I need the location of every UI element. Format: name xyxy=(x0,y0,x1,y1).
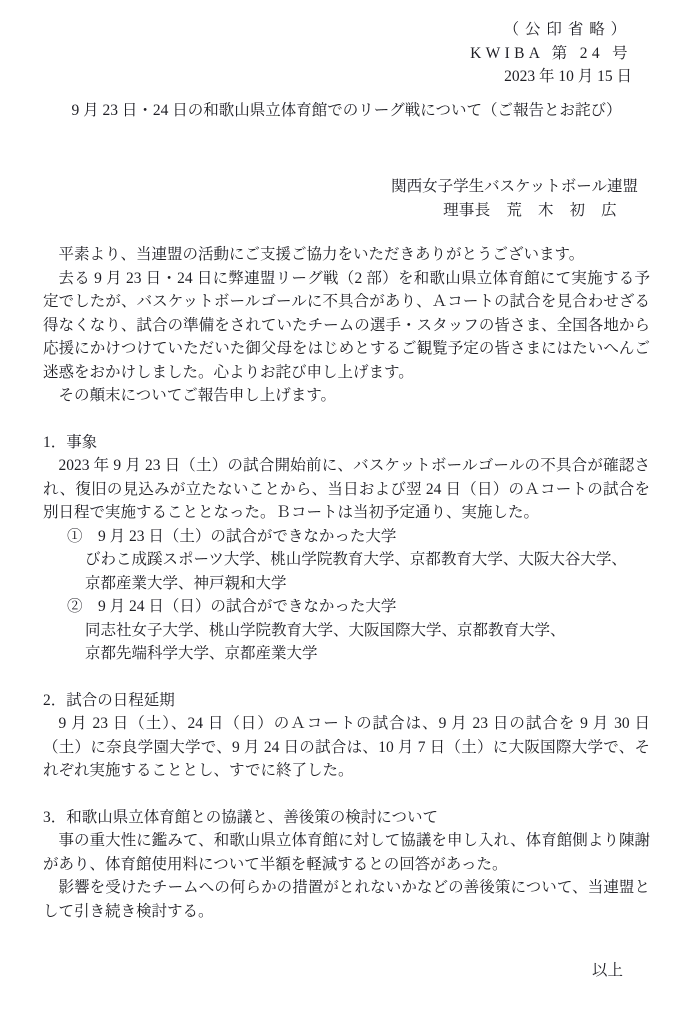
section-3-paragraph-1: 事の重大性に鑑みて、和歌山県立体育館に対して協議を申し入れ、体育館側より陳謝があ… xyxy=(43,829,650,876)
report-intro-paragraph: その顛末についてご報告申し上げます。 xyxy=(43,384,650,408)
apology-paragraph: 去る 9 月 23 日・24 日に弊連盟リーグ戦（2 部）を和歌山県立体育館にて… xyxy=(43,267,650,385)
seal-omitted-note: （公印省略） xyxy=(43,18,632,42)
document-page: （公印省略） KWIBA 第 24 号 2023 年 10 月 15 日 9 月… xyxy=(0,0,693,1023)
section-3-paragraph-2: 影響を受けたチームへの何らかの措置がとれないかなどの善後策について、当連盟として… xyxy=(43,876,650,923)
greeting-paragraph: 平素より、当連盟の活動にご支援ご協力をいただきありがとうございます。 xyxy=(43,243,650,267)
section-2-body: 9 月 23 日（土）、24 日（日）のＡコートの試合は、9 月 23 日の試合… xyxy=(43,712,650,783)
sender-organization: 関西女子学生バスケットボール連盟 xyxy=(43,175,650,199)
sender-block: 関西女子学生バスケットボール連盟 理事長 荒 木 初 広 xyxy=(43,175,650,222)
item-2-universities-line-2: 京都先端科学大学、京都産業大学 xyxy=(43,642,650,666)
section-consultation: 3．和歌山県立体育館との協議と、善後策の検討について 事の重大性に鑑みて、和歌山… xyxy=(43,806,650,924)
section-3-heading: 3．和歌山県立体育館との協議と、善後策の検討について xyxy=(43,806,650,830)
item-1-universities-line-1: びわこ成蹊スポーツ大学、桃山学院教育大学、京都教育大学、大阪大谷大学、 xyxy=(43,548,650,572)
closing-notation: 以上 xyxy=(43,959,650,983)
document-date: 2023 年 10 月 15 日 xyxy=(43,65,632,89)
section-1-body: 2023 年 9 月 23 日（土）の試合開始前に、バスケットボールゴールの不具… xyxy=(43,454,650,525)
section-1-heading: 1．事象 xyxy=(43,431,650,455)
section-reschedule: 2．試合の日程延期 9 月 23 日（土）、24 日（日）のＡコートの試合は、9… xyxy=(43,689,650,783)
sender-signer: 理事長 荒 木 初 広 xyxy=(43,199,650,223)
section-incident: 1．事象 2023 年 9 月 23 日（土）の試合開始前に、バスケットボールゴ… xyxy=(43,431,650,666)
item-2-label: ② 9 月 24 日（日）の試合ができなかった大学 xyxy=(43,595,650,619)
item-2-universities-line-1: 同志社女子大学、桃山学院教育大学、大阪国際大学、京都教育大学、 xyxy=(43,619,650,643)
document-title: 9 月 23 日・24 日の和歌山県立体育館でのリーグ戦について（ご報告とお詫び… xyxy=(43,99,650,123)
document-header: （公印省略） KWIBA 第 24 号 2023 年 10 月 15 日 xyxy=(43,18,650,89)
item-1-universities-line-2: 京都産業大学、神戸親和大学 xyxy=(43,572,650,596)
section-2-heading: 2．試合の日程延期 xyxy=(43,689,650,713)
document-number: KWIBA 第 24 号 xyxy=(43,42,632,66)
letter-body: 平素より、当連盟の活動にご支援ご協力をいただきありがとうございます。 去る 9 … xyxy=(43,243,650,408)
item-1-label: ① 9 月 23 日（土）の試合ができなかった大学 xyxy=(43,525,650,549)
